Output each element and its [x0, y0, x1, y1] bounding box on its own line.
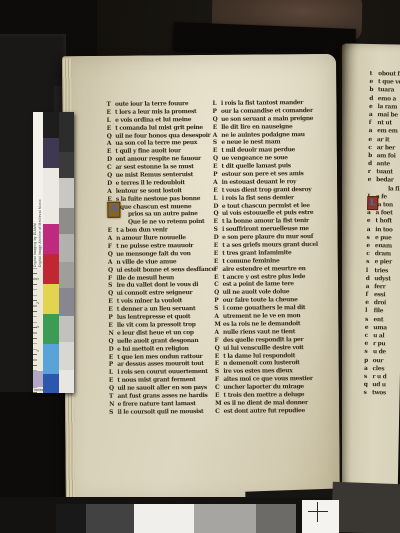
calibration-patch	[59, 316, 74, 342]
versal-letter: a	[364, 365, 373, 373]
ruler-number: 1	[36, 278, 40, 280]
diamm-label: Digital Imaging by DIAMM Digital Image A…	[33, 112, 43, 267]
versal-letter: d	[366, 275, 375, 283]
versal-letter: e	[367, 217, 376, 225]
ruler-unit-label: inches	[34, 388, 43, 392]
versal-letter: Q	[215, 344, 224, 352]
versal-letter: C	[107, 164, 116, 172]
line-text: tuant	[376, 168, 392, 176]
facing-page-text-column: tobout fret que vebtuarademo aela ramama…	[363, 70, 400, 401]
versal-letter: E	[213, 123, 222, 131]
line-text: ante	[376, 160, 390, 168]
versal-letter: E	[213, 187, 222, 195]
calibration-patch	[134, 504, 194, 533]
manuscript-page: Toute iour la terre fouureEt lors a leur…	[62, 54, 340, 503]
versal-letter: s	[363, 389, 372, 397]
versal-letter: s	[366, 258, 375, 266]
line-text: t hoft	[375, 217, 392, 226]
versal-letter: Q	[107, 172, 116, 180]
versal-letter: A	[213, 179, 222, 187]
versal-letter: D	[109, 345, 118, 353]
versal-letter: A	[107, 188, 116, 196]
versal-letter: A	[107, 140, 116, 148]
line-text: ar it	[377, 136, 390, 144]
versal-letter: D	[107, 180, 116, 188]
versal-letter: E	[108, 298, 117, 306]
versal-letter	[379, 185, 388, 193]
versal-letter: a	[367, 209, 376, 217]
versal-letter: E	[213, 147, 222, 155]
line-text: e pue	[375, 234, 392, 243]
versal-letter: A	[108, 235, 117, 243]
versal-letter: S	[108, 282, 117, 290]
calibration-patch	[59, 152, 74, 178]
versal-letter: l	[366, 266, 375, 274]
line-text: file	[374, 308, 384, 316]
versal-letter: P	[214, 297, 223, 305]
versal-letter: E	[108, 306, 117, 314]
versal-letter: E	[214, 273, 223, 281]
versal-letter: P	[108, 314, 117, 322]
versal-letter: q	[364, 381, 373, 389]
manuscript-line: Cest dont autre fut repudiee	[215, 407, 337, 416]
calibration-patch	[256, 504, 296, 533]
ruler-number: 3	[36, 326, 40, 328]
versal-letter: e	[364, 340, 373, 348]
versal-letter: p	[364, 356, 373, 364]
versal-letter: e	[365, 324, 374, 332]
line-text: dram	[375, 250, 391, 258]
versal-letter: D	[214, 234, 223, 242]
line-text: tries	[374, 267, 388, 275]
line-text: ud u	[372, 381, 386, 389]
calibration-patch	[59, 234, 74, 262]
line-text: nt ut	[377, 119, 392, 127]
versal-letter: F	[108, 243, 117, 251]
calibration-patch	[59, 208, 74, 234]
line-text: ferr	[374, 283, 385, 291]
line-text: r pu	[373, 340, 386, 348]
bottom-board-right	[331, 482, 400, 533]
line-text: cles	[372, 365, 384, 373]
diamm-label-line2: Digital Image Archive of Medieval Music	[38, 112, 43, 267]
versal-letter: T	[106, 101, 115, 109]
versal-letter: l	[365, 307, 374, 315]
versal-letter: Q	[109, 385, 118, 393]
versal-letter: D	[107, 156, 116, 164]
versal-letter: Q	[108, 266, 117, 274]
versal-letter: P	[213, 108, 222, 116]
text-column-1: Toute iour la terre fouureEt lors a leur…	[106, 100, 213, 417]
versal-letter: C	[214, 281, 223, 289]
calibration-patch	[43, 224, 59, 254]
line-text: est dont autre fut repudiee	[224, 407, 305, 416]
versal-letter: N	[108, 330, 117, 338]
versal-letter: F	[214, 266, 223, 274]
versal-letter: s	[364, 348, 373, 356]
calibration-patch	[194, 504, 256, 533]
calibration-patch	[56, 504, 86, 533]
versal-letter: A	[214, 313, 223, 321]
versal-letter: S	[215, 368, 224, 376]
versal-letter: E	[213, 218, 222, 226]
versal-letter: C	[215, 408, 224, 416]
versal-letter: s	[366, 234, 375, 242]
versal-letter: e	[369, 103, 378, 111]
line-text: u de	[373, 348, 386, 356]
versal-letter: s	[365, 316, 374, 324]
versal-letter: E	[108, 322, 117, 330]
versal-letter	[119, 219, 128, 227]
versal-letter: Q	[109, 337, 118, 345]
text-column-2: Li rois la fist tantost manderPour la co…	[212, 99, 337, 416]
versal-letter: t	[370, 70, 379, 78]
versal-letter: Q	[213, 155, 222, 163]
line-text: our	[373, 357, 384, 365]
versal-letter: e	[366, 242, 375, 250]
versal-letter: L	[213, 195, 222, 203]
registration-cross-card	[302, 500, 339, 533]
calibration-patch	[43, 344, 59, 374]
versal-letter: T	[109, 393, 118, 401]
calibration-patch	[59, 342, 74, 370]
versal-letter: a	[367, 226, 376, 234]
versal-letter: P	[109, 361, 118, 369]
versal-letter: e	[368, 135, 377, 143]
calibration-patch	[59, 370, 74, 393]
line-text: la fil	[388, 185, 400, 193]
versal-letter: a	[366, 283, 375, 291]
versal-letter: E	[213, 163, 222, 171]
calibration-patch	[59, 178, 74, 208]
versal-letter: e	[368, 176, 377, 184]
versal-letter: c	[366, 250, 375, 258]
versal-letter: d	[369, 95, 378, 103]
calibration-patch	[86, 504, 134, 533]
calibration-patch	[59, 112, 74, 152]
versal-letter: Q	[213, 210, 222, 218]
line-text: a foet	[375, 209, 392, 218]
calibration-patch	[59, 288, 74, 316]
versal-letter: L	[109, 369, 118, 377]
line-text: droi	[374, 299, 386, 307]
versal-letter: E	[109, 353, 118, 361]
photo-stage: tobout fret que vebtuarademo aela ramama…	[0, 0, 400, 533]
versal-letter: Q	[214, 289, 223, 297]
versal-letter: E	[214, 258, 223, 266]
line-text: uma	[373, 324, 387, 332]
versal-letter: r	[368, 168, 377, 176]
versal-letter: E	[214, 250, 223, 258]
versal-letter: A	[214, 329, 223, 337]
line-text: ent	[373, 316, 383, 324]
versal-letter	[119, 211, 128, 219]
versal-letter: E	[214, 242, 223, 250]
versal-letter: E	[107, 124, 116, 132]
versal-letter: f	[365, 291, 374, 299]
ruler-number: 2	[36, 302, 40, 304]
line-text: u al	[373, 332, 384, 340]
versal-letter: d	[368, 160, 377, 168]
versal-letter: f	[369, 119, 378, 127]
manuscript-line: stwos	[363, 389, 399, 398]
versal-letter: E	[109, 377, 118, 385]
line-text: enam	[375, 242, 392, 251]
versal-letter: b	[368, 152, 377, 160]
line-text: tuara	[378, 87, 394, 95]
versal-letter: A	[108, 259, 117, 267]
versal-letter: C	[215, 384, 224, 392]
line-text: r u d	[372, 373, 386, 381]
versal-letter: S	[214, 305, 223, 313]
versal-letter: E	[108, 227, 117, 235]
versal-letter: Q	[107, 132, 116, 140]
line-text: essi	[374, 291, 386, 299]
lavender-patch	[33, 371, 43, 387]
versal-letter: E	[107, 109, 116, 117]
calibration-patch	[43, 112, 59, 138]
versal-letter: E	[215, 392, 224, 400]
versal-letter: S	[214, 226, 223, 234]
versal-letter: D	[213, 202, 222, 210]
versal-letter: Q	[108, 290, 117, 298]
ruler-number: 4	[36, 350, 40, 352]
versal-letter: e	[369, 78, 378, 86]
versal-letter: s	[364, 373, 373, 381]
versal-letter: e	[365, 299, 374, 307]
line-text: udyst	[374, 275, 391, 284]
bottom-grayscale-strip	[56, 504, 296, 533]
versal-letter: A	[213, 131, 222, 139]
versal-letter: M	[215, 400, 224, 408]
versal-letter: F	[215, 337, 224, 345]
calibration-patch	[59, 262, 74, 288]
versal-letter: S	[213, 139, 222, 147]
cross-mark-horizontal	[308, 511, 328, 512]
versal-letter: Q	[213, 116, 222, 124]
gray-patch-column	[59, 112, 74, 393]
illuminated-initial-right: L	[367, 196, 378, 210]
versal-letter: c	[368, 144, 377, 152]
versal-letter: F	[215, 376, 224, 384]
illuminated-initial-left: A	[107, 202, 120, 218]
versal-letter: P	[213, 171, 222, 179]
versal-letter: Q	[108, 251, 117, 259]
versal-letter: N	[109, 401, 118, 409]
versal-letter: L	[212, 100, 221, 108]
calibration-patch	[43, 168, 59, 224]
versal-letter: E	[215, 352, 224, 360]
calibration-patch	[43, 314, 59, 344]
versal-letter: b	[369, 86, 378, 94]
line-text: twos	[372, 389, 386, 397]
versal-letter: a	[369, 111, 378, 119]
manuscript-line: Sil le coursoit quil ne mousist	[109, 408, 213, 417]
color-calibration-bar: Digital Imaging by DIAMM Digital Image A…	[33, 112, 74, 393]
versal-letter: F	[108, 274, 117, 282]
calibration-patch	[43, 138, 59, 168]
line-text: in too	[375, 226, 393, 235]
versal-letter: E	[215, 360, 224, 368]
color-patch-column	[43, 112, 59, 393]
cross-mark-vertical	[317, 502, 318, 522]
versal-letter: E	[107, 148, 116, 156]
versal-letter: a	[369, 127, 378, 135]
line-text: il le coursoit quil ne mousist	[118, 408, 204, 417]
versal-letter: S	[109, 408, 118, 416]
versal-letter: c	[365, 332, 374, 340]
calibration-patch	[43, 374, 59, 393]
calibration-patch	[43, 254, 59, 284]
calibration-ruler: Digital Imaging by DIAMM Digital Image A…	[33, 112, 43, 393]
versal-letter: L	[107, 117, 116, 125]
calibration-patch	[43, 284, 59, 314]
versal-letter: M	[214, 321, 223, 329]
